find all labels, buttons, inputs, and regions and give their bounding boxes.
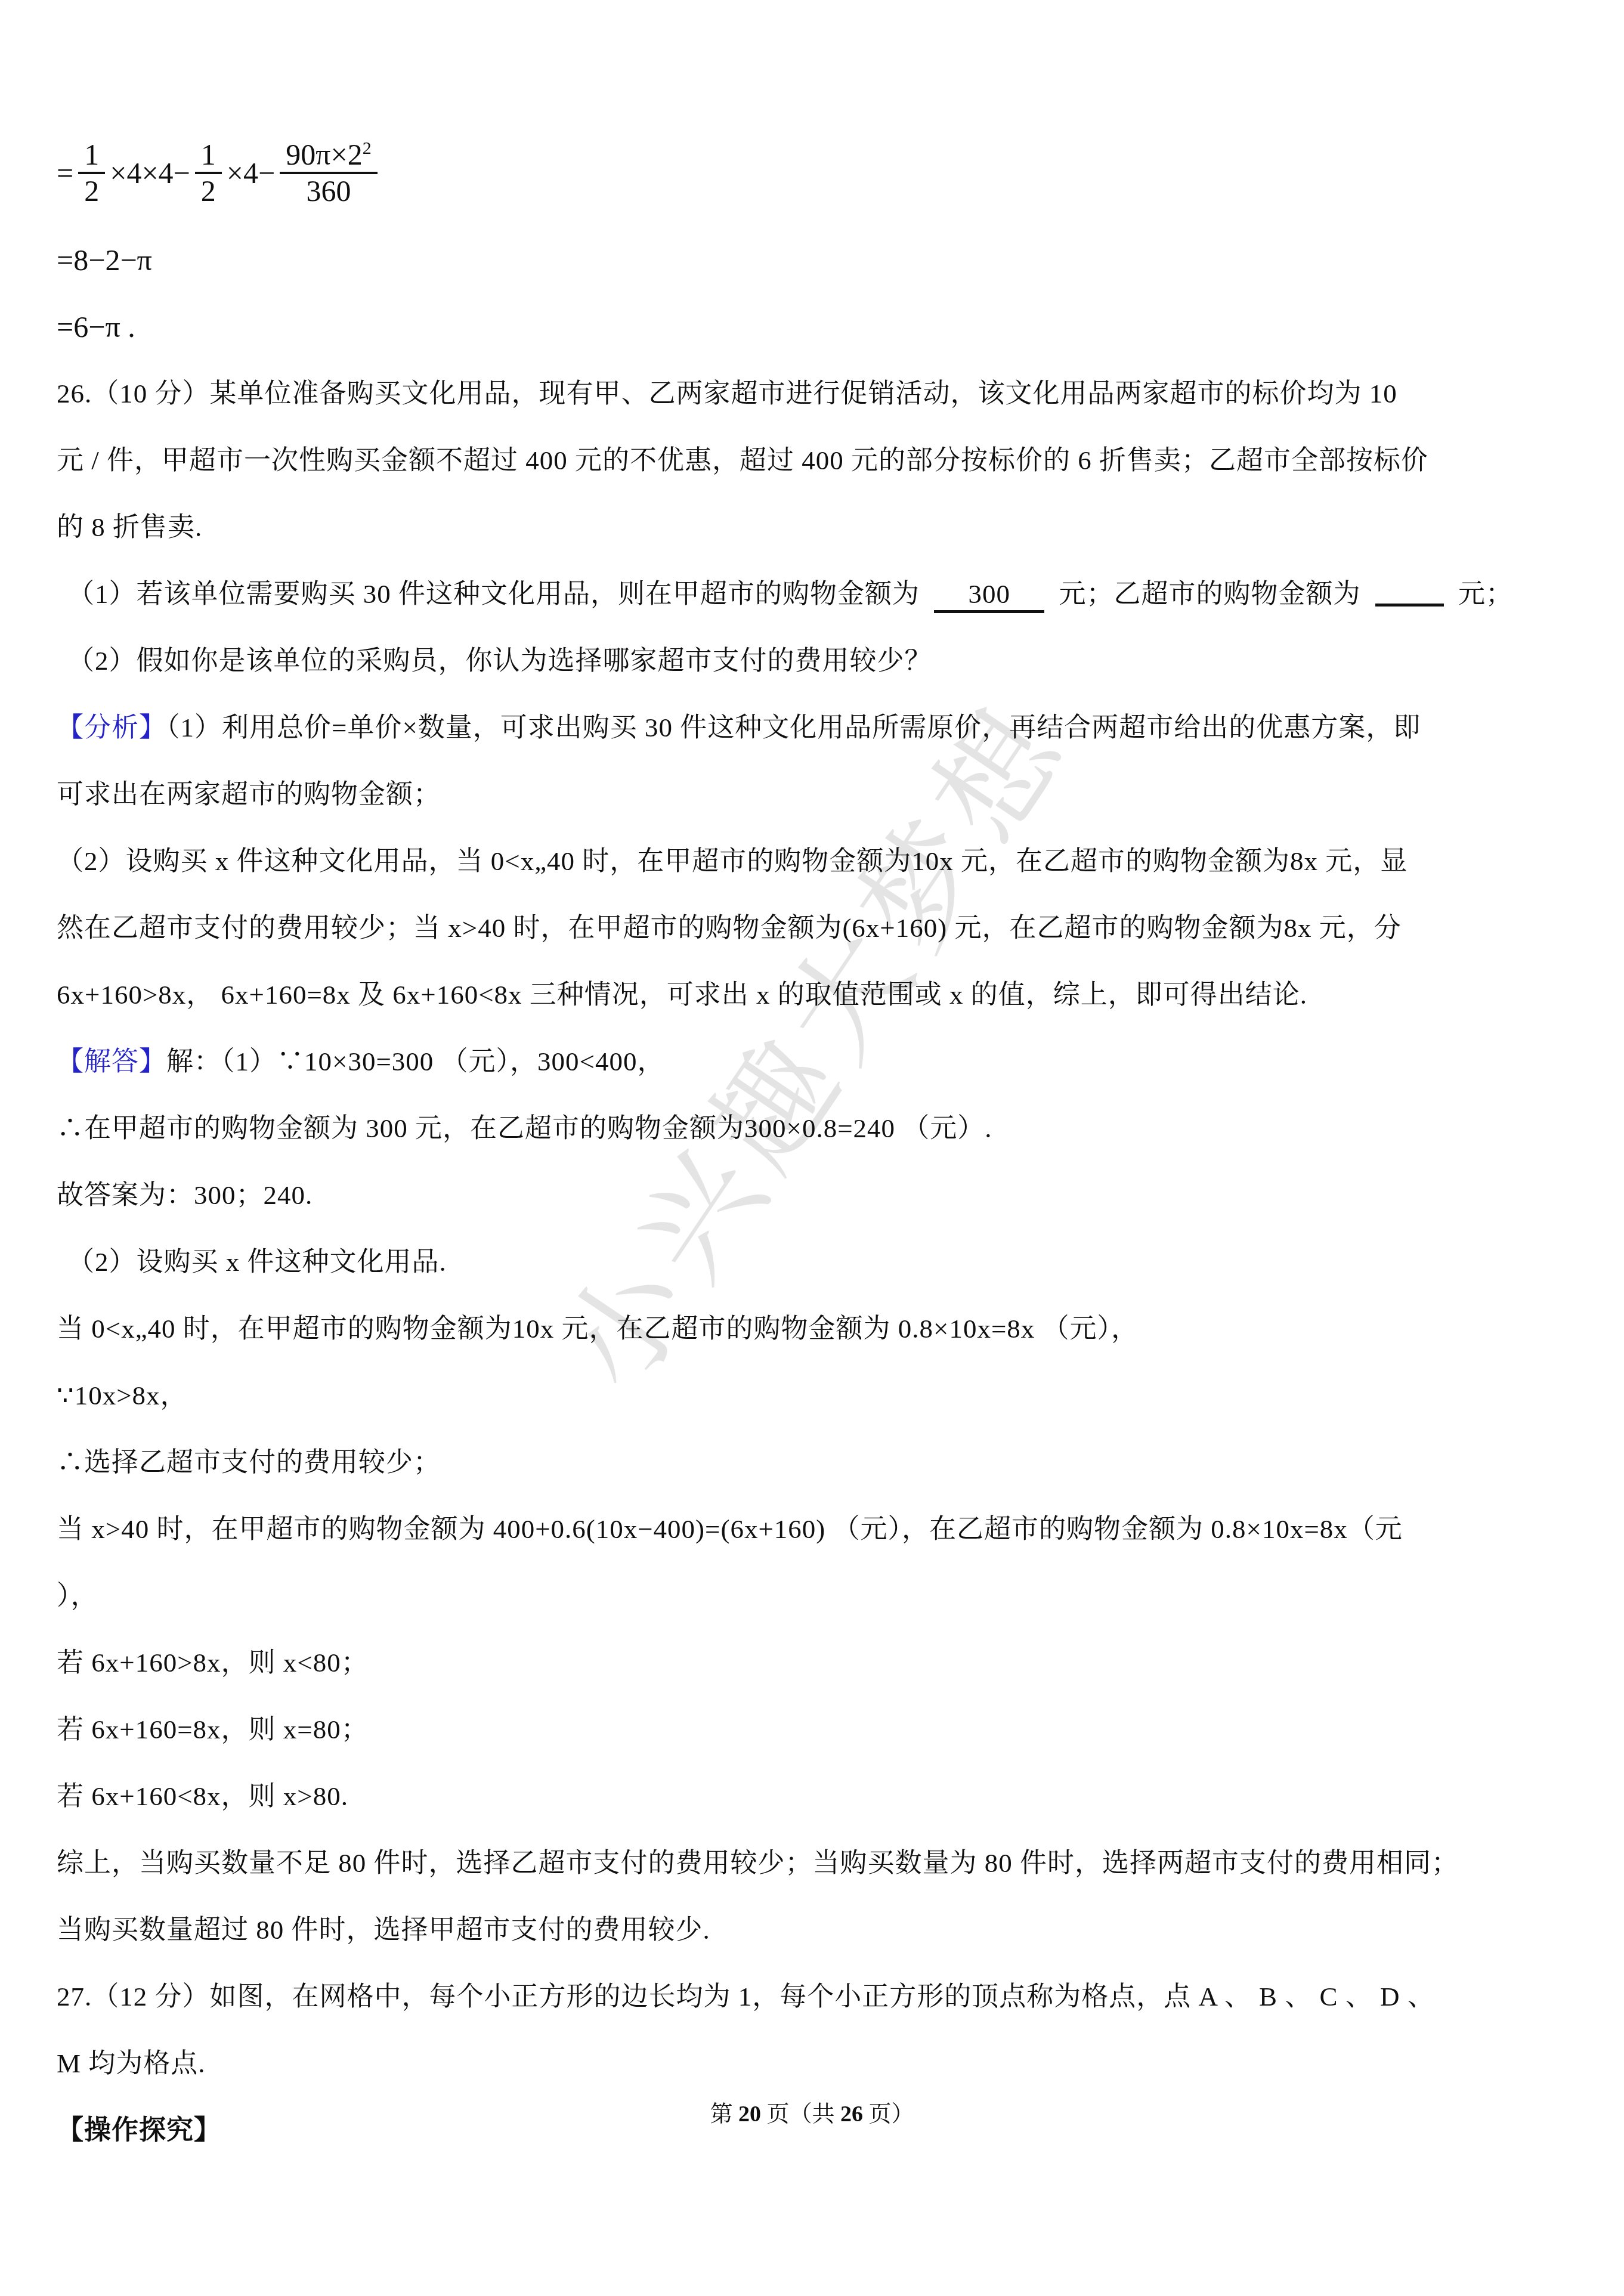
exponent: 2 [363,138,372,158]
solution-label: 【解答】 [57,1047,166,1076]
problem-26-question-2: （2）假如你是该单位的采购员，你认为选择哪家超市支付的费用较少？ [57,627,1591,694]
footer-suffix: 页） [863,2102,914,2127]
equation-line-3: =6−π . [57,293,1591,360]
answer-blank-filled: 300 [934,579,1044,613]
solution-text-line: ）， [57,1562,1591,1629]
solution-text-line: ∴在甲超市的购物金额为 300 元，在乙超市的购物金额为300×0.8=240 … [57,1095,1591,1162]
equation-mid-1: ×4×4− [110,140,190,206]
question-1-text-before: （1）若该单位需要购买 30 件这种文化用品，则在甲超市的购物金额为 [67,579,920,609]
solution-text-line: 当 x>40 时，在甲超市的购物金额为 400+0.6(10x−400)=(6x… [57,1496,1591,1562]
analysis-label: 【分析】 [57,713,166,742]
solution-text-line: 故答案为：300；240. [57,1162,1591,1229]
solution-text-line: 当 0<x„40 时，在甲超市的购物金额为10x 元，在乙超市的购物金额为 0.… [57,1295,1591,1362]
problem-26-question-1: （1）若该单位需要购买 30 件这种文化用品，则在甲超市的购物金额为 300 元… [57,561,1591,627]
solution-text-line: ∴选择乙超市支付的费用较少； [57,1429,1591,1496]
problem-27-text-line: M 均为格点. [57,2030,1591,2097]
answer-blank-empty [1375,578,1444,607]
solution-text-line: 若 6x+160=8x，则 x=80； [57,1696,1591,1763]
equation-line-1: = 1 2 ×4×4− 1 2 ×4− 90π×22 360 [57,119,1591,227]
solution-text-line: 若 6x+160>8x，则 x<80； [57,1629,1591,1696]
analysis-text-line: （2）设购买 x 件这种文化用品，当 0<x„40 时，在甲超市的购物金额为10… [57,828,1591,895]
page-footer: 第 20 页（共 26 页） [0,2096,1624,2132]
analysis-text-line: 6x+160>8x， 6x+160=8x 及 6x+160<8x 三种情况，可求… [57,961,1591,1028]
total-pages: 26 [840,2102,863,2127]
footer-mid: 页（共 [761,2102,840,2127]
solution-line-rest: 解：（1）∵10×30=300 （元），300<400， [166,1047,664,1076]
problem-26-text-line: 的 8 折售卖. [57,494,1591,561]
page-number: 20 [738,2102,761,2127]
fraction-one-half-a: 1 2 [78,138,105,209]
problem-26-text-line: 26.（10 分）某单位准备购买文化用品，现有甲、乙两家超市进行促销活动，该文化… [57,360,1591,427]
equation-equals: = [57,140,73,206]
question-1-text-mid: 元；乙超市的购物金额为 [1059,579,1361,609]
solution-text-line: 综上，当购买数量不足 80 件时，选择乙超市支付的费用较少；当购买数量为 80 … [57,1830,1591,1896]
page-content: = 1 2 ×4×4− 1 2 ×4− 90π×22 360 =8−2−π =6… [57,119,1591,2164]
analysis-first-line: 【分析】（1）利用总价=单价×数量，可求出购买 30 件这种文化用品所需原价，再… [57,694,1591,761]
equation-line-2: =8−2−π [57,227,1591,293]
footer-prefix: 第 [710,2102,738,2127]
problem-26-text-line: 元 / 件，甲超市一次性购买金额不超过 400 元的不优惠，超过 400 元的部… [57,427,1591,494]
analysis-line-rest: （1）利用总价=单价×数量，可求出购买 30 件这种文化用品所需原价，再结合两超… [166,713,1421,742]
solution-text-line: 若 6x+160<8x，则 x>80. [57,1763,1591,1830]
solution-text-line: 当购买数量超过 80 件时，选择甲超市支付的费用较少. [57,1896,1591,1963]
question-1-text-after: 元； [1458,579,1513,609]
solution-first-line: 【解答】解：（1）∵10×30=300 （元），300<400， [57,1028,1591,1095]
problem-27-text-line: 27.（12 分）如图，在网格中，每个小正方形的边长均为 1，每个小正方形的顶点… [57,1963,1591,2030]
fraction-one-half-b: 1 2 [195,138,222,209]
equation-mid-2: ×4− [227,140,275,206]
analysis-text-line: 然在乙超市支付的费用较少；当 x>40 时，在甲超市的购物金额为(6x+160)… [57,895,1591,961]
fraction-arc-area: 90π×22 360 [280,138,377,209]
solution-text-line: （2）设购买 x 件这种文化用品. [57,1229,1591,1295]
analysis-text-line: 可求出在两家超市的购物金额； [57,761,1591,828]
solution-text-line: ∵10x>8x， [57,1362,1591,1429]
exam-page: 小兴趣大梦想 = 1 2 ×4×4− 1 2 ×4− 90π×22 360 =8… [0,0,1624,2296]
